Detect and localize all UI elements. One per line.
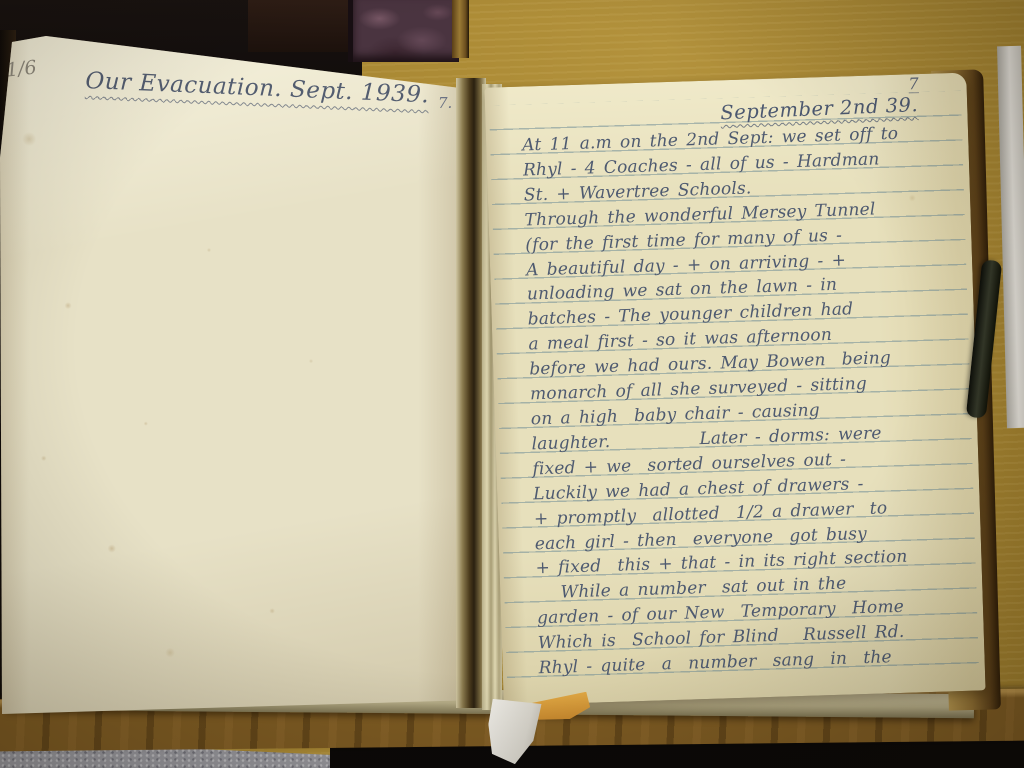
diary-title: Our Evacuation. Sept. 1939. [85,68,430,108]
left-gutter-page-number: 7. [438,94,452,112]
maroon-book-spine [348,0,459,62]
loose-paper-edge [997,46,1024,428]
page-number: 7 [908,74,919,93]
right-page: 7 September 2nd 39. At 11 a.m on the 2nd… [484,73,985,706]
photo-frame: 1/6 Our Evacuation. Sept. 1939. 7. 7 Sep… [0,0,1024,768]
book-gilt-edge [452,0,469,58]
left-page: 1/6 Our Evacuation. Sept. 1939. 7. [0,28,486,722]
leather-book-cover [248,0,360,52]
diary-entry-text: At 11 a.m on the 2nd Sept: we set off to… [522,120,979,681]
